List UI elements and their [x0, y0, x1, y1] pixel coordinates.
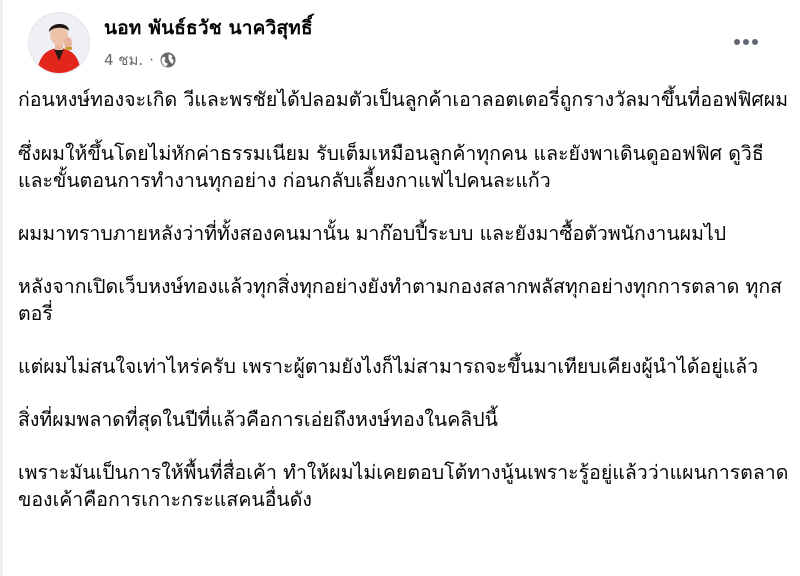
- more-horizontal-icon-dot: [752, 39, 758, 45]
- profile-photo-icon: [29, 13, 89, 73]
- post-header: นอท พันธ์ธวัช นาควิสุทธิ์ 4 ชม. ·: [0, 0, 800, 80]
- more-horizontal-icon-dot: [743, 39, 749, 45]
- post-meta: 4 ชม. ·: [104, 49, 176, 71]
- post-paragraph: เพราะมันเป็นการให้พื้นที่สื่อเค้า ทำให้ผ…: [18, 459, 793, 513]
- facebook-post: นอท พันธ์ธวัช นาควิสุทธิ์ 4 ชม. · ก่อนหง…: [0, 0, 800, 576]
- post-timestamp[interactable]: 4 ชม.: [104, 48, 143, 72]
- post-paragraph: ผมมาทราบภายหลังว่าที่ทั้งสองคนมานั้น มาก…: [18, 220, 793, 247]
- globe-icon[interactable]: [160, 52, 176, 68]
- post-paragraph: แต่ผมไม่สนใจเท่าไหร่ครับ เพราะผู้ตามยังไ…: [18, 353, 793, 380]
- author-avatar[interactable]: [28, 12, 90, 74]
- author-name[interactable]: นอท พันธ์ธวัช นาควิสุทธิ์: [104, 13, 313, 43]
- post-paragraph: สิ่งที่ผมพลาดที่สุดในปีที่แล้วคือการเอ่ย…: [18, 406, 793, 433]
- post-body: ก่อนหงษ์ทองจะเกิด วีและพรชัยได้ปลอมตัวเป…: [18, 86, 793, 539]
- meta-separator: ·: [149, 51, 154, 69]
- more-horizontal-icon-dot: [734, 39, 740, 45]
- more-options-button[interactable]: [726, 32, 766, 52]
- post-paragraph: ก่อนหงษ์ทองจะเกิด วีและพรชัยได้ปลอมตัวเป…: [18, 86, 793, 113]
- post-paragraph: หลังจากเปิดเว็บหงษ์ทองแล้วทุกสิ่งทุกอย่า…: [18, 273, 793, 327]
- post-paragraph: ซึ่งผมให้ขึ้นโดยไม่หักค่าธรรมเนียม รับเต…: [18, 140, 793, 194]
